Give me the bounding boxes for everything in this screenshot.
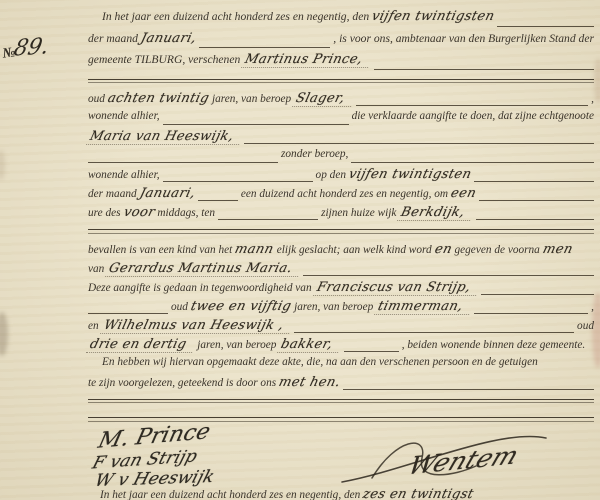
printed-text: en	[88, 320, 99, 332]
printed-text: In het jaar een duizend acht honderd zes…	[102, 10, 369, 23]
handwritten-entry: twee en vijftig	[189, 299, 293, 314]
section-divider	[88, 417, 594, 422]
printed-text: gegeven de voorna	[455, 244, 540, 256]
handwritten-entry: voor	[122, 205, 157, 220]
act-paragraph-declaration: oud achten twintig jaren, van beroep Sla…	[88, 91, 594, 224]
printed-text: jaren, van beroep	[294, 301, 373, 313]
printed-text: In het jaar een duizend acht honderd zes…	[100, 489, 360, 500]
printed-text: , is voor ons, ambtenaar van den Burgerl…	[333, 32, 594, 45]
blank-rule	[479, 199, 594, 201]
blank-rule	[198, 199, 238, 201]
act-line: der maand Januari, een duizend acht hond…	[88, 186, 594, 205]
act-line: oud achten twintig jaren, van beroep Sla…	[88, 91, 594, 110]
printed-text: jaren, van beroep	[212, 93, 291, 105]
section-divider	[88, 399, 594, 404]
handwritten-entry: een	[449, 186, 478, 201]
blank-rule	[244, 142, 594, 144]
act-line: En hebben wij hiervan opgemaakt deze akt…	[88, 356, 594, 375]
handwritten-entry: Franciscus van Strijp,	[313, 280, 480, 296]
handwritten-entry: Januari,	[139, 31, 198, 46]
handwritten-entry: vijfen twintigsten	[347, 167, 473, 182]
printed-text: ,	[591, 93, 594, 105]
printed-text: op den	[316, 169, 346, 181]
printed-text: ,	[591, 301, 594, 313]
handwritten-entry: Martinus Prince,	[241, 52, 372, 68]
handwritten-entry: timmerman,	[374, 299, 473, 315]
blank-rule	[163, 180, 313, 182]
printed-text: een duizend acht honderd zes en negentig…	[241, 188, 448, 200]
act-line: ure des voor middags, ten zijnen huize w…	[88, 205, 594, 224]
printed-text: die verklaarde aangifte te doen, dat zij…	[352, 110, 594, 122]
printed-text: gemeente TILBURG, verschenen	[88, 53, 240, 66]
printed-text: jaren, van beroep	[197, 339, 276, 351]
printed-text: En hebben wij hiervan opgemaakt deze akt…	[102, 356, 538, 368]
act-line: drie en dertig jaren, van beroep bakker,…	[88, 337, 594, 356]
registry-number-value: 89.	[11, 34, 51, 62]
handwritten-entry: drie en dertig	[86, 337, 196, 353]
printed-text: oud	[171, 301, 188, 313]
handwritten-entry: met hen.	[277, 375, 342, 390]
act-line: en Wilhelmus van Heeswijk , oud	[88, 318, 594, 337]
printed-text: van	[88, 263, 104, 275]
blank-rule	[294, 331, 574, 333]
act-line: van Gerardus Martinus Maria.	[88, 261, 594, 280]
official-signature: Wentem	[338, 424, 586, 490]
handwritten-entry: achten twintig	[106, 91, 211, 106]
handwritten-entry: Wilhelmus van Heeswijk ,	[100, 318, 293, 334]
blank-rule	[199, 46, 330, 48]
printed-text: zonder beroep,	[281, 148, 348, 160]
blank-rule	[474, 312, 588, 314]
blank-rule	[351, 161, 594, 163]
blank-rule	[88, 312, 168, 314]
handwritten-entry: Berkdijk,	[397, 205, 474, 221]
printed-text: der maand	[88, 32, 138, 45]
blank-rule	[356, 104, 588, 106]
act-paragraph-intro: In het jaar een duizend acht honderd zes…	[88, 9, 594, 74]
printed-text: elijk geslacht; aan welk kind word	[277, 244, 432, 256]
paper-stain	[594, 58, 600, 104]
next-act-preview: In het jaar een duizend acht honderd zes…	[100, 487, 594, 500]
blank-rule	[476, 218, 594, 220]
section-divider	[88, 229, 594, 234]
act-line: In het jaar een duizend acht honderd zes…	[88, 9, 594, 31]
section-divider	[88, 79, 594, 84]
handwritten-entry: men	[541, 242, 574, 257]
act-line: oud twee en vijftig jaren, van beroep ti…	[88, 299, 594, 318]
handwritten-entry: zes en twintigst	[361, 487, 475, 500]
registry-number: №89.	[1, 33, 51, 64]
paper-stain	[0, 312, 8, 356]
birth-certificate-scan: №89. In het jaar een duizend acht honder…	[0, 0, 600, 500]
act-line: Maria van Heeswijk,	[88, 129, 594, 148]
printed-text: middags, ten	[157, 207, 215, 219]
paper-stain	[0, 150, 5, 180]
act-line: wonende alhier, op den vijfen twintigste…	[88, 167, 594, 186]
act-line: zonder beroep,	[88, 148, 594, 167]
act-line: Deze aangifte is gedaan in tegenwoordigh…	[88, 280, 594, 299]
act-line: In het jaar een duizend acht honderd zes…	[100, 487, 594, 500]
blank-rule	[481, 293, 594, 295]
blank-rule	[343, 388, 594, 390]
blank-rule	[218, 218, 318, 220]
handwritten-entry: Gerardus Martinus Maria.	[105, 261, 302, 277]
handwritten-entry: bakker,	[277, 337, 342, 353]
blank-rule	[163, 123, 349, 125]
act-line: gemeente TILBURG, verschenen Martinus Pr…	[88, 52, 594, 74]
printed-text: , beiden wonende binnen deze gemeente.	[402, 339, 586, 351]
act-line: bevallen is van een kind van het mann el…	[88, 242, 594, 261]
blank-rule	[88, 161, 278, 163]
blank-rule	[374, 68, 595, 70]
printed-text: wonende alhier,	[88, 169, 160, 181]
blank-rule	[474, 180, 594, 182]
act-line: der maand Januari, , is voor ons, ambten…	[88, 31, 594, 53]
act-line: wonende alhier, die verklaarde aangifte …	[88, 110, 594, 129]
printed-text: oud	[577, 320, 594, 332]
handwritten-entry: Slager,	[292, 91, 355, 107]
printed-text: wonende alhier,	[88, 110, 160, 122]
printed-text: bevallen is van een kind van het	[88, 244, 232, 256]
printed-text: zijnen huize wijk	[321, 207, 396, 219]
handwritten-entry: Januari,	[138, 186, 197, 201]
blank-rule	[497, 25, 594, 27]
printed-text: der maand	[88, 188, 137, 200]
blank-rule	[344, 350, 399, 352]
act-body: In het jaar een duizend acht honderd zes…	[88, 9, 594, 430]
handwritten-entry: vijfen twintigsten	[370, 9, 496, 24]
act-line: te zijn voorgelezen, geteekend is door o…	[88, 375, 594, 394]
blank-rule	[303, 274, 594, 276]
handwritten-entry: Maria van Heeswijk,	[86, 129, 243, 145]
printed-text: Deze aangifte is gedaan in tegenwoordigh…	[88, 282, 312, 294]
handwritten-entry: mann	[233, 242, 275, 257]
act-paragraph-child-witnesses: bevallen is van een kind van het mann el…	[88, 242, 594, 394]
printed-text: te zijn voorgelezen, geteekend is door o…	[88, 377, 276, 389]
handwritten-entry: en	[433, 242, 454, 257]
printed-text: oud	[88, 93, 105, 105]
printed-text: ure des	[88, 207, 121, 219]
